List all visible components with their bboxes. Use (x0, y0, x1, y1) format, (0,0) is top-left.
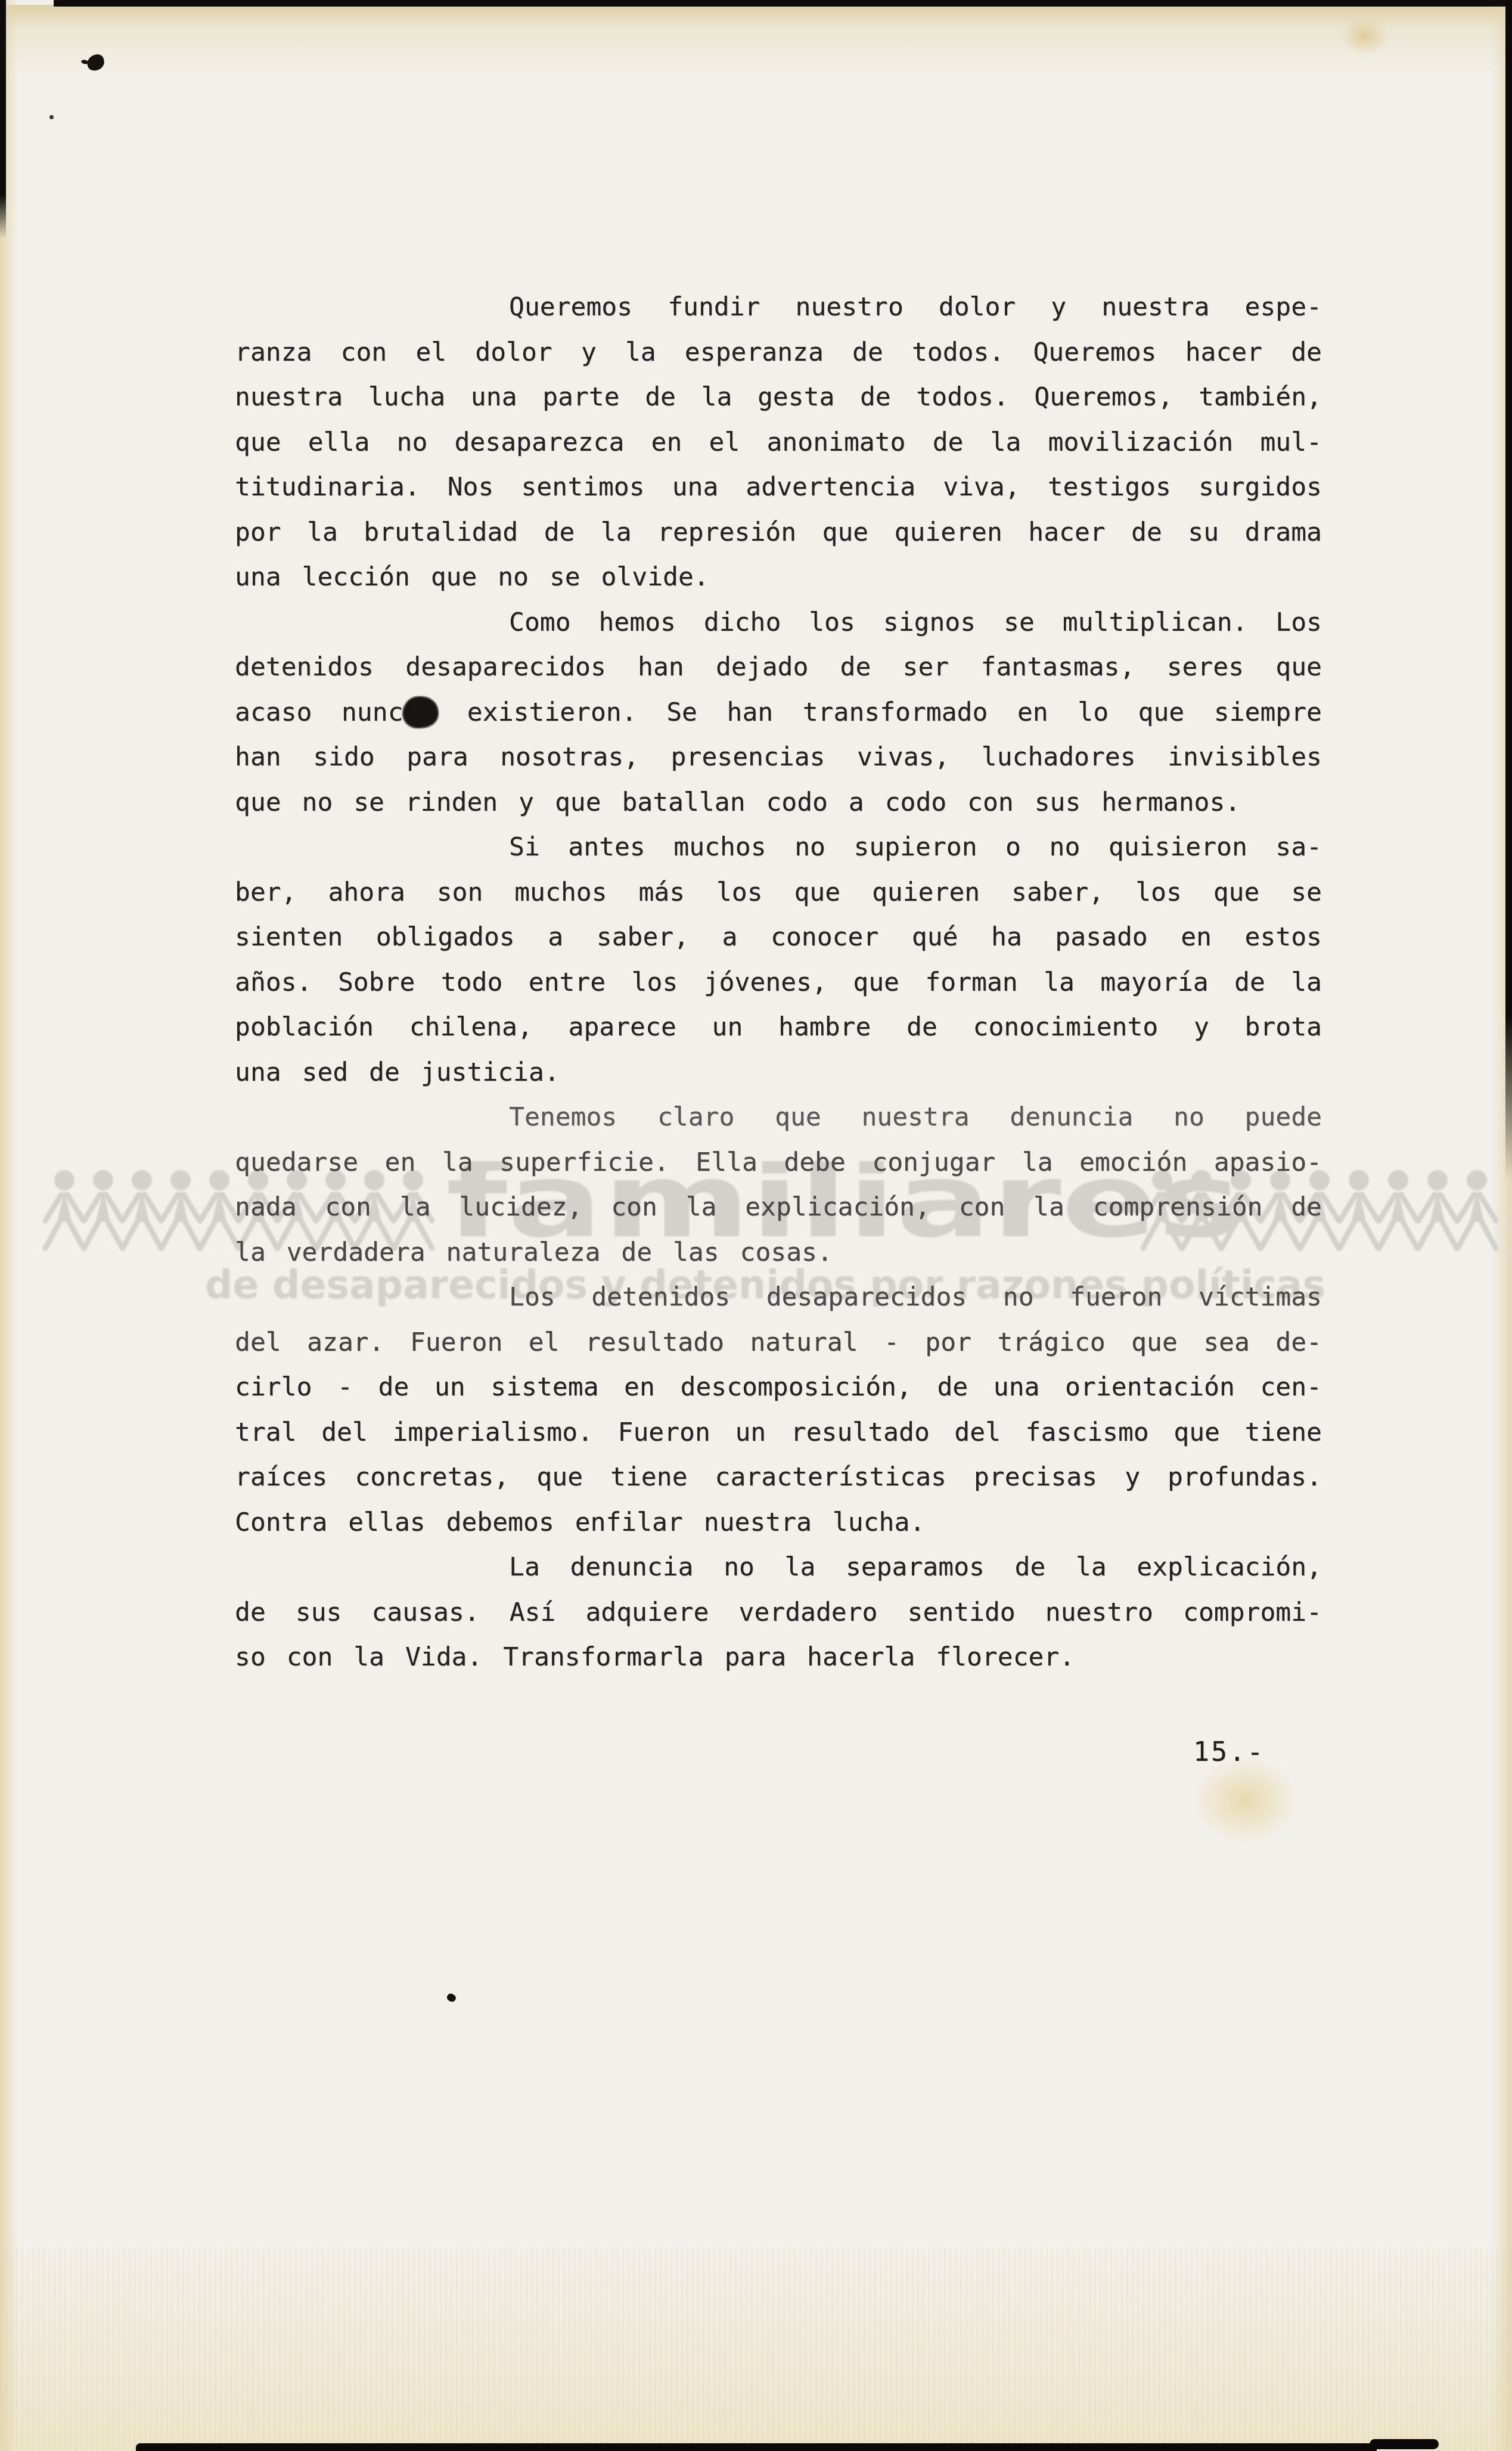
text-run: del azar. Fueron el resultado natural - … (235, 1327, 1322, 1357)
text-run: por la brutalidad de la represión que qu… (235, 517, 1322, 547)
text-line: una sed de justicia. (235, 1050, 1322, 1096)
text-line: Como hemos dicho los signos se multiplic… (235, 600, 1322, 646)
text-run: quedarse en la superficie. Ella debe con… (235, 1147, 1322, 1177)
text-line: que no se rinden y que batallan codo a c… (235, 780, 1322, 826)
text-line: acaso nuncia existieron. Se han transfor… (235, 690, 1322, 736)
text-line: raíces concretas, que tiene característi… (235, 1455, 1322, 1500)
text-run: que no se rinden y que batallan codo a c… (235, 787, 1240, 817)
text-line: años. Sobre todo entre los jóvenes, que … (235, 960, 1322, 1006)
text-run: cirlo - de un sistema en descomposición,… (235, 1372, 1322, 1402)
text-line: la verdadera naturaleza de las cosas. (235, 1230, 1322, 1276)
text-run: detenidos desaparecidos han dejado de se… (235, 652, 1322, 682)
paragraph: Si antes muchos no supieron o no quisier… (235, 825, 1322, 1095)
scan-bottom-border (136, 2443, 1377, 2451)
text-run: Contra ellas debemos enfilar nuestra luc… (235, 1507, 925, 1537)
text-line: La denuncia no la separamos de la explic… (235, 1545, 1322, 1590)
text-run: nuestra lucha una parte de la gesta de t… (235, 382, 1322, 412)
paper-doll-figure (84, 1170, 122, 1248)
text-line: ranza con el dolor y la esperanza de tod… (235, 330, 1322, 376)
text-line: una lección que no se olvide. (235, 555, 1322, 600)
paragraph: Tenemos claro que nuestra denuncia no pu… (235, 1095, 1322, 1275)
text-line: cirlo - de un sistema en descomposición,… (235, 1365, 1322, 1410)
text-run: han sido para nosotras, presencias vivas… (235, 742, 1322, 772)
text-run: de sus causas. Así adquiere verdadero se… (235, 1597, 1322, 1627)
scanned-document-page: familiares de desaparecidos y detenidos … (0, 0, 1512, 2451)
text-line: de sus causas. Así adquiere verdadero se… (235, 1590, 1322, 1636)
text-run: ber, ahora son muchos más los que quiere… (235, 877, 1322, 907)
paper-doll-figure (45, 1170, 83, 1248)
paper-doll-figure (200, 1170, 238, 1248)
text-line: titudinaria. Nos sentimos una advertenci… (235, 465, 1322, 510)
ink-blot-overstrike: ia (403, 697, 438, 727)
paper-doll-figure (162, 1170, 200, 1248)
text-run: existieron. Se han transformado en lo qu… (437, 697, 1322, 727)
text-run: La denuncia no la separamos de la explic… (509, 1552, 1322, 1582)
text-run: Como hemos dicho los signos se multiplic… (509, 607, 1322, 637)
text-line: tral del imperialismo. Fueron un resulta… (235, 1410, 1322, 1456)
text-run: so con la Vida. Transformarla para hacer… (235, 1642, 1075, 1672)
ink-dot (49, 115, 54, 119)
ink-dot (446, 1993, 457, 2003)
scan-top-border (54, 0, 1512, 7)
text-line: quedarse en la superficie. Ella debe con… (235, 1140, 1322, 1186)
yellow-stain (1192, 1755, 1299, 1845)
text-line: que ella no desaparezca en el anonimato … (235, 420, 1322, 466)
text-line: por la brutalidad de la represión que qu… (235, 510, 1322, 556)
paragraph: Como hemos dicho los signos se multiplic… (235, 600, 1322, 826)
paper-bottom-band (0, 2248, 1512, 2451)
text-line: del azar. Fueron el resultado natural - … (235, 1320, 1322, 1366)
paragraph: La denuncia no la separamos de la explic… (235, 1545, 1322, 1680)
text-line: población chilena, aparece un hambre de … (235, 1005, 1322, 1050)
text-run: sienten obligados a saber, a conocer qué… (235, 922, 1322, 952)
text-run: raíces concretas, que tiene característi… (235, 1462, 1322, 1492)
text-run: Los detenidos desaparecidos no fueron ví… (509, 1282, 1322, 1312)
scan-right-border (1505, 0, 1512, 1180)
text-line: han sido para nosotras, presencias vivas… (235, 735, 1322, 780)
text-run: la verdadera naturaleza de las cosas. (235, 1237, 833, 1267)
text-line: sienten obligados a saber, a conocer qué… (235, 915, 1322, 960)
text-line: nada con la lucidez, con la explicación,… (235, 1185, 1322, 1230)
text-line: Queremos fundir nuestro dolor y nuestra … (235, 285, 1322, 330)
text-run: Tenemos claro que nuestra denuncia no pu… (509, 1102, 1322, 1132)
text-line: nuestra lucha una parte de la gesta de t… (235, 375, 1322, 420)
paragraph: Los detenidos desaparecidos no fueron ví… (235, 1275, 1322, 1545)
paragraph: Queremos fundir nuestro dolor y nuestra … (235, 285, 1322, 600)
text-run: que ella no desaparezca en el anonimato … (235, 427, 1322, 457)
text-run: acaso nunc (235, 697, 403, 727)
text-line: Si antes muchos no supieron o no quisier… (235, 825, 1322, 870)
page-number: 15.- (1193, 1736, 1265, 1767)
scan-left-border (0, 0, 6, 238)
text-line: detenidos desaparecidos han dejado de se… (235, 645, 1322, 690)
text-run: tral del imperialismo. Fueron un resulta… (235, 1417, 1322, 1447)
paper-doll-figure (1458, 1170, 1496, 1248)
text-run: una lección que no se olvide. (235, 562, 709, 592)
text-line: Contra ellas debemos enfilar nuestra luc… (235, 1500, 1322, 1546)
scan-bottom-corner-mark (1370, 2439, 1439, 2449)
text-run: una sed de justicia. (235, 1057, 560, 1087)
text-line: so con la Vida. Transformarla para hacer… (235, 1635, 1322, 1680)
yellow-stain (1341, 18, 1389, 55)
paper-doll-figure (123, 1170, 161, 1248)
text-run: ranza con el dolor y la esperanza de tod… (235, 337, 1322, 367)
paper-doll-figure (1379, 1170, 1417, 1248)
text-run: Si antes muchos no supieron o no quisier… (509, 832, 1322, 862)
text-run: Queremos fundir nuestro dolor y nuestra … (509, 292, 1322, 322)
text-line: Los detenidos desaparecidos no fueron ví… (235, 1275, 1322, 1320)
text-line: ber, ahora son muchos más los que quiere… (235, 870, 1322, 916)
text-run: población chilena, aparece un hambre de … (235, 1012, 1322, 1042)
paper-doll-figure (1418, 1170, 1457, 1248)
document-body: Queremos fundir nuestro dolor y nuestra … (235, 285, 1322, 1680)
text-line: Tenemos claro que nuestra denuncia no pu… (235, 1095, 1322, 1140)
paper-top-band (0, 5, 1512, 76)
text-run: nada con la lucidez, con la explicación,… (235, 1192, 1322, 1222)
paper-doll-figure (1340, 1170, 1378, 1248)
text-run: titudinaria. Nos sentimos una advertenci… (235, 472, 1322, 502)
text-run: años. Sobre todo entre los jóvenes, que … (235, 967, 1322, 997)
